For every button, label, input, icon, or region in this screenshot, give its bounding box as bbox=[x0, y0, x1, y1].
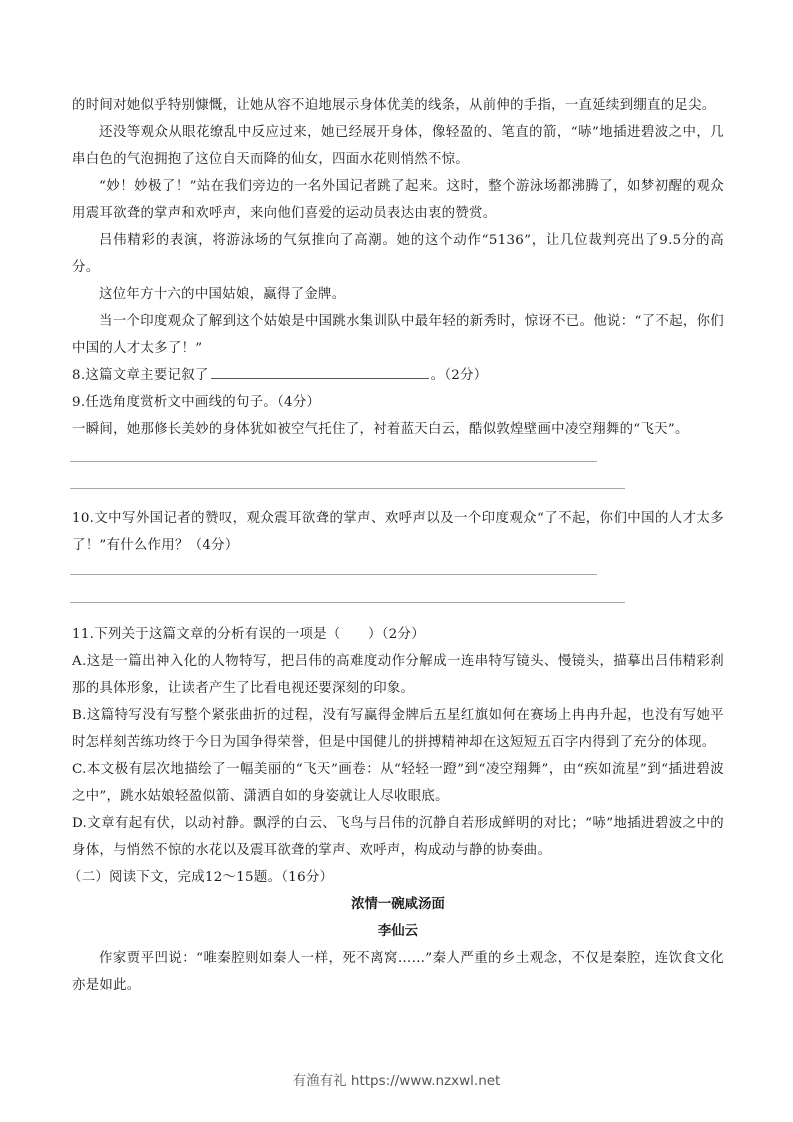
question-8-answer-blank[interactable] bbox=[211, 363, 429, 379]
passage-paragraph-4: 吕伟精彩的表演，将游泳场的气氛推向了高潮。她的这个动作“5136”，让几位裁判亮… bbox=[72, 227, 724, 281]
question-10-answer-area[interactable] bbox=[72, 559, 724, 621]
question-11-prompt: 11.下列关于这篇文章的分析有误的一项是（ ）（2分） bbox=[72, 621, 724, 648]
question-11-option-a: A.这是一篇出神入化的人物特写，把吕伟的高难度动作分解成一连串特写镜头、慢镜头，… bbox=[72, 648, 724, 702]
question-9-sentence: 一瞬间，她那修长美妙的身体犹如被空气托住了，衬着蓝天白云，酷似敦煌壁画中凌空翔舞… bbox=[72, 416, 724, 443]
answer-line[interactable] bbox=[70, 574, 597, 575]
question-8-prefix: 8.这篇文章主要记叙了 bbox=[72, 368, 209, 383]
section-2-header: （二）阅读下文，完成12～15题。（16分） bbox=[68, 864, 724, 891]
answer-line[interactable] bbox=[70, 488, 625, 489]
exam-page: 的时间对她似乎特别慷慨，让她从容不迫地展示身体优美的线条，从前伸的手指，一直延续… bbox=[72, 92, 724, 999]
article-title: 浓情一碗咸汤面 bbox=[72, 891, 724, 918]
question-9-answer-area[interactable] bbox=[72, 443, 724, 507]
question-8-suffix: 。（2分） bbox=[431, 368, 488, 383]
passage-paragraph-2: 还没等观众从眼花缭乱中反应过来，她已经展开身体，像轻盈的、笔直的箭，“哧”地插进… bbox=[72, 119, 724, 173]
passage-paragraph-5: 这位年方十六的中国姑娘，赢得了金牌。 bbox=[72, 281, 724, 308]
watermark-footer: 有渔有礼 https://www.nzxwl.net bbox=[0, 1069, 793, 1089]
passage-paragraph-6: 当一个印度观众了解到这个姑娘是中国跳水集训队中最年轻的新秀时，惊讶不已。他说：“… bbox=[72, 308, 724, 362]
answer-line[interactable] bbox=[70, 461, 597, 462]
article-paragraph-1: 作家贾平凹说：“唯秦腔则如秦人一样，死不离窝……”秦人严重的乡土观念，不仅是秦腔… bbox=[72, 945, 724, 999]
question-11-option-c: C.本文极有层次地描绘了一幅美丽的“飞天”画卷：从“轻轻一蹬”到“凌空翔舞”，由… bbox=[72, 756, 724, 810]
passage-paragraph-3: “妙！妙极了！”站在我们旁边的一名外国记者跳了起来。这时，整个游泳场都沸腾了，如… bbox=[72, 173, 724, 227]
question-9-prompt: 9.任选角度赏析文中画线的句子。（4分） bbox=[72, 389, 724, 416]
passage-paragraph-1: 的时间对她似乎特别慷慨，让她从容不迫地展示身体优美的线条，从前伸的手指，一直延续… bbox=[72, 92, 724, 119]
question-11-option-b: B.这篇特写没有写整个紧张曲折的过程，没有写赢得金牌后五星红旗如何在赛场上冉冉升… bbox=[72, 702, 724, 756]
question-10-prompt: 10.文中写外国记者的赞叹，观众震耳欲聋的掌声、欢呼声以及一个印度观众“了不起，… bbox=[72, 505, 724, 559]
question-8: 8.这篇文章主要记叙了。（2分） bbox=[72, 362, 724, 389]
question-11-option-d: D.文章有起有伏，以动衬静。飘浮的白云、飞鸟与吕伟的沉静自若形成鲜明的对比；“哧… bbox=[72, 810, 724, 864]
article-author: 李仙云 bbox=[72, 918, 724, 945]
answer-line[interactable] bbox=[70, 602, 625, 603]
